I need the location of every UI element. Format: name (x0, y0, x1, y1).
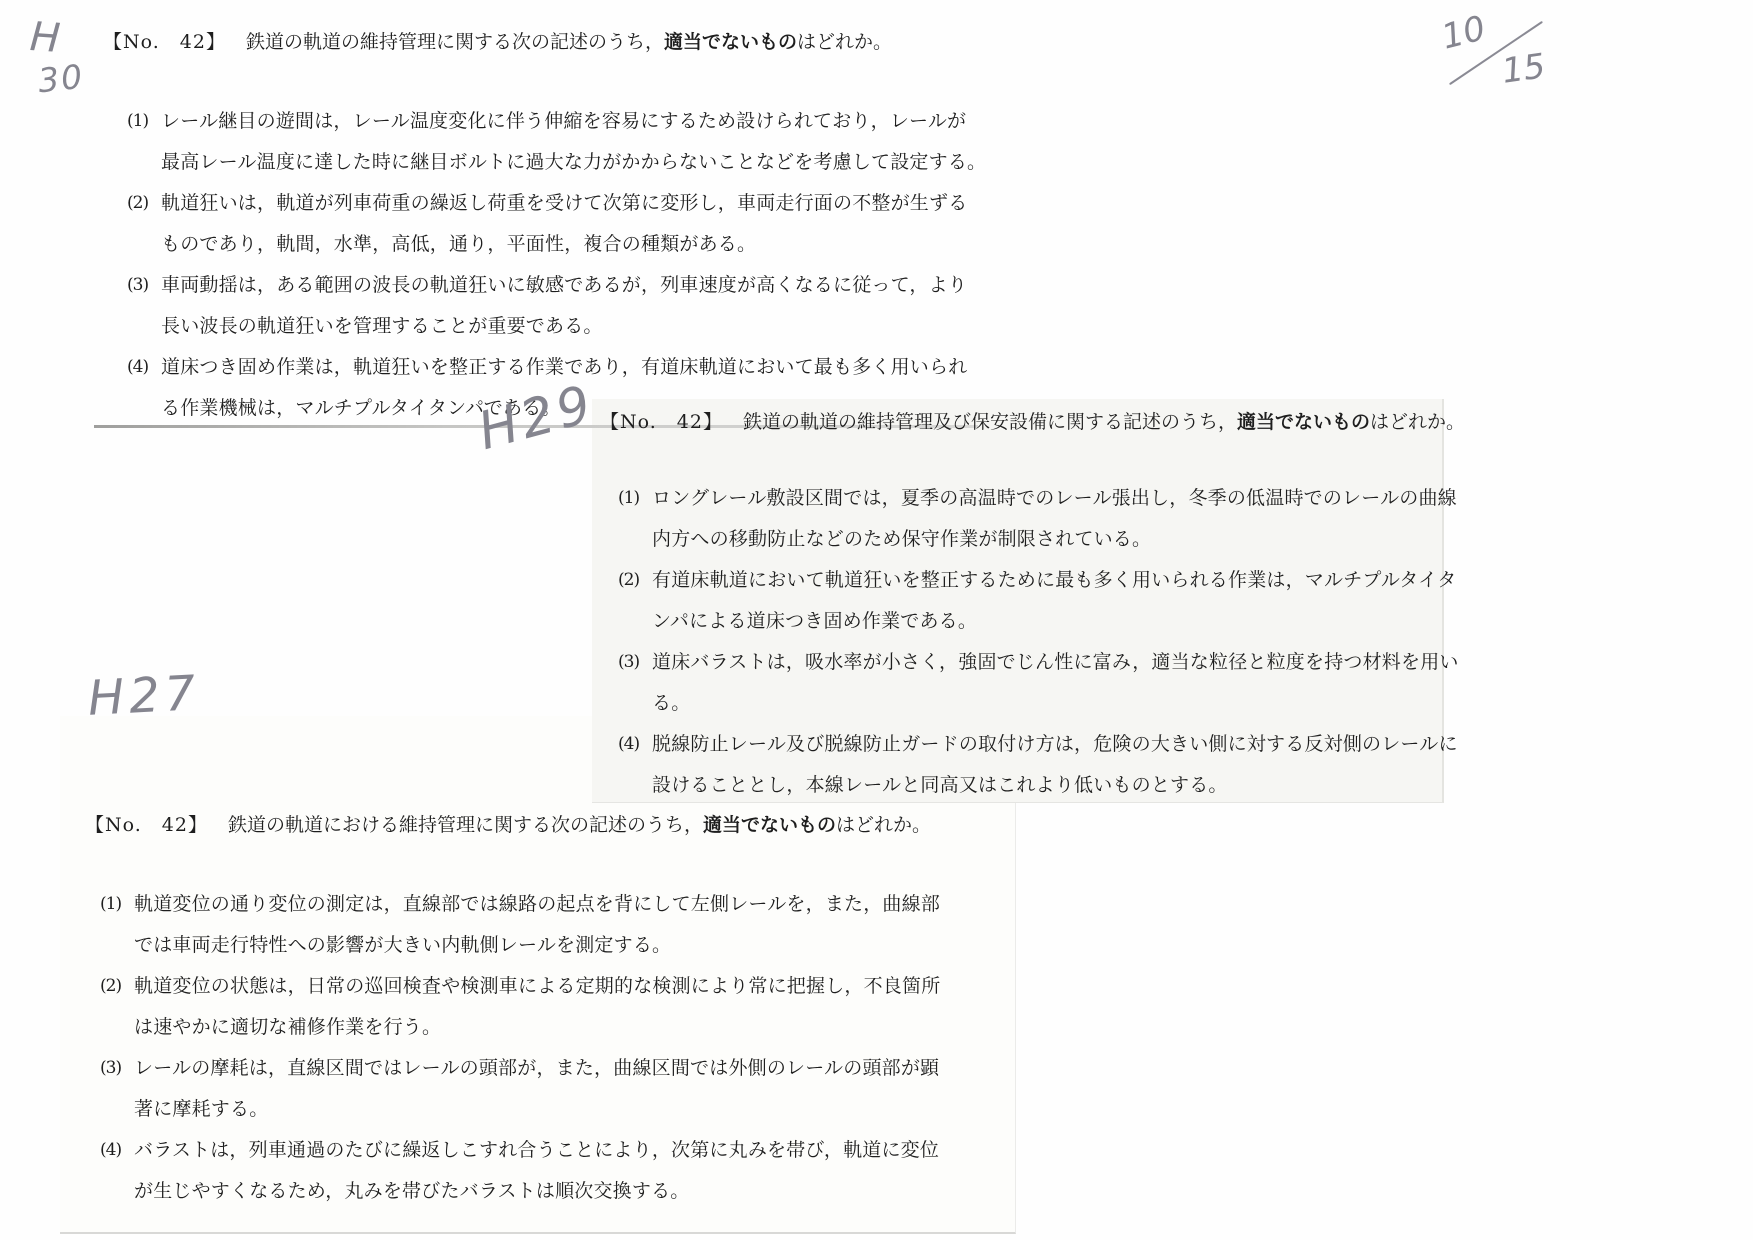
question-stem: 鉄道の軌道における維持管理に関する次の記述のうち，適当でないものはどれか。 (228, 814, 931, 836)
option-line: 内方への移動防止などのため保守作業が制限されている。 (652, 519, 1457, 560)
question-header: 【No. 42】 鉄道の軌道の維持管理及び保安設備に関する記述のうち，適当でない… (600, 407, 1450, 437)
option-row: (3) 車両動揺は，ある範囲の波長の軌道狂いに敏感であるが，列車速度が高くなるに… (103, 265, 983, 347)
option-row: (1) レール継目の遊間は，レール温度変化に伴う伸縮を容易にするため設けられてお… (103, 101, 983, 183)
stem-bold-text: 適当でないもの (1237, 411, 1370, 433)
option-line: レール継目の遊間は，レール温度変化に伴う伸縮を容易にするため設けられており，レー… (161, 101, 986, 142)
options-list: (1) ロングレール敷設区間では，夏季の高温時でのレール張出し，冬季の低温時での… (600, 478, 1450, 806)
option-number: (4) (127, 347, 161, 388)
option-number: (2) (127, 183, 161, 224)
options-list: (1) レール継目の遊間は，レール温度変化に伴う伸縮を容易にするため設けられてお… (103, 101, 983, 429)
options-list: (1) 軌道変位の通り変位の測定は，直線部では線路の起点を背にして左側レールを，… (85, 884, 1015, 1212)
handwritten-note-h30-letter: H (29, 17, 62, 59)
option-line: は速やかに適切な補修作業を行う。 (134, 1007, 940, 1048)
option-line: 最高レール温度に達した時に継目ボルトに過大な力がかからないことなどを考慮して設定… (161, 142, 986, 183)
question-number: 【No. 42】 (600, 411, 723, 433)
option-row: (1) ロングレール敷設区間では，夏季の高温時でのレール張出し，冬季の低温時での… (600, 478, 1450, 560)
option-row: (4) バラストは，列車通過のたびに繰返しこすれ合うことにより，次第に丸みを帯び… (85, 1130, 1015, 1212)
scanned-exam-page: 【No. 42】 鉄道の軌道の維持管理に関する次の記述のうち，適当でないものはど… (0, 0, 1753, 1240)
option-text: 道床バラストは，吸水率が小さく，強固でじん性に富み，適当な粒径と粒度を持つ材料を… (652, 642, 1459, 724)
option-text: 車両動揺は，ある範囲の波長の軌道狂いに敏感であるが，列車速度が高くなるに従って，… (161, 265, 967, 347)
option-line: 軌道変位の状態は，日常の巡回検査や検測車による定期的な検測により常に把握し，不良… (134, 966, 940, 1007)
option-text: レールの摩耗は，直線区間ではレールの頭部が，また，曲線区間では外側のレールの頭部… (134, 1048, 939, 1130)
option-line: 有道床軌道において軌道狂いを整正するために最も多く用いられる作業は，マルチプルタ… (652, 560, 1457, 601)
option-line: が生じやすくなるため，丸みを帯びたバラストは順次交換する。 (134, 1171, 939, 1212)
option-number: (4) (100, 1130, 134, 1171)
stem-text: 鉄道の軌道の維持管理及び保安設備に関する記述のうち， (743, 411, 1237, 433)
stem-bold-text: 適当でないもの (703, 814, 836, 836)
stem-text: はどれか。 (1370, 411, 1465, 433)
option-row: (2) 軌道変位の状態は，日常の巡回検査や検測車による定期的な検測により常に把握… (85, 966, 1015, 1048)
option-line: 道床バラストは，吸水率が小さく，強固でじん性に富み，適当な粒径と粒度を持つ材料を… (652, 642, 1459, 683)
option-row: (1) 軌道変位の通り変位の測定は，直線部では線路の起点を背にして左側レールを，… (85, 884, 1015, 966)
option-text: レール継目の遊間は，レール温度変化に伴う伸縮を容易にするため設けられており，レー… (161, 101, 986, 183)
option-line: 著に摩耗する。 (134, 1089, 939, 1130)
question-stem: 鉄道の軌道の維持管理に関する次の記述のうち，適当でないものはどれか。 (246, 31, 892, 53)
stem-bold-text: 適当でないもの (664, 31, 797, 53)
option-line: 軌道変位の通り変位の測定は，直線部では線路の起点を背にして左側レールを，また，曲… (134, 884, 940, 925)
option-row: (3) レールの摩耗は，直線区間ではレールの頭部が，また，曲線区間では外側のレー… (85, 1048, 1015, 1130)
option-text: 脱線防止レール及び脱線防止ガードの取付け方は，危険の大きい側に対する反対側のレー… (652, 724, 1458, 806)
option-line: る。 (652, 683, 1459, 724)
option-row: (2) 軌道狂いは，軌道が列車荷重の繰返し荷重を受けて次第に変形し，車両走行面の… (103, 183, 983, 265)
option-line: レールの摩耗は，直線区間ではレールの頭部が，また，曲線区間では外側のレールの頭部… (134, 1048, 939, 1089)
option-text: バラストは，列車通過のたびに繰返しこすれ合うことにより，次第に丸みを帯び，軌道に… (134, 1130, 939, 1212)
option-number: (1) (127, 101, 161, 142)
option-number: (3) (618, 642, 652, 683)
option-number: (2) (618, 560, 652, 601)
question-stem: 鉄道の軌道の維持管理及び保安設備に関する記述のうち，適当でないものはどれか。 (743, 411, 1465, 433)
option-row: (3) 道床バラストは，吸水率が小さく，強固でじん性に富み，適当な粒径と粒度を持… (600, 642, 1450, 724)
option-number: (3) (127, 265, 161, 306)
option-number: (2) (100, 966, 134, 1007)
handwritten-note-h27: H27 (87, 669, 202, 723)
option-text: 軌道変位の状態は，日常の巡回検査や検測車による定期的な検測により常に把握し，不良… (134, 966, 940, 1048)
handwritten-score: 10 15 (1438, 10, 1554, 96)
option-text: 軌道狂いは，軌道が列車荷重の繰返し荷重を受けて次第に変形し，車両走行面の不整が生… (161, 183, 967, 265)
option-number: (1) (100, 884, 134, 925)
question-block-h30: 【No. 42】 鉄道の軌道の維持管理に関する次の記述のうち，適当でないものはど… (103, 27, 983, 429)
option-line: バラストは，列車通過のたびに繰返しこすれ合うことにより，次第に丸みを帯び，軌道に… (134, 1130, 939, 1171)
option-row: (4) 脱線防止レール及び脱線防止ガードの取付け方は，危険の大きい側に対する反対… (600, 724, 1450, 806)
handwritten-note-h30-number: 30 (36, 60, 85, 98)
option-line: 車両動揺は，ある範囲の波長の軌道狂いに敏感であるが，列車速度が高くなるに従って，… (161, 265, 967, 306)
option-number: (4) (618, 724, 652, 765)
stem-text: はどれか。 (797, 31, 892, 53)
option-line: では車両走行特性への影響が大きい内軌側レールを測定する。 (134, 925, 940, 966)
stem-text: 鉄道の軌道における維持管理に関する次の記述のうち， (228, 814, 703, 836)
question-number: 【No. 42】 (103, 31, 226, 53)
option-row: (2) 有道床軌道において軌道狂いを整正するために最も多く用いられる作業は，マル… (600, 560, 1450, 642)
option-line: 脱線防止レール及び脱線防止ガードの取付け方は，危険の大きい側に対する反対側のレー… (652, 724, 1458, 765)
score-numerator: 10 (1439, 11, 1489, 54)
option-text: 軌道変位の通り変位の測定は，直線部では線路の起点を背にして左側レールを，また，曲… (134, 884, 940, 966)
score-denominator: 15 (1500, 49, 1548, 89)
option-text: ロングレール敷設区間では，夏季の高温時でのレール張出し，冬季の低温時でのレールの… (652, 478, 1457, 560)
stem-text: 鉄道の軌道の維持管理に関する次の記述のうち， (246, 31, 664, 53)
option-number: (1) (618, 478, 652, 519)
option-line: 軌道狂いは，軌道が列車荷重の繰返し荷重を受けて次第に変形し，車両走行面の不整が生… (161, 183, 967, 224)
option-line: ンパによる道床つき固め作業である。 (652, 601, 1457, 642)
option-line: ものであり，軌間，水準，高低，通り，平面性，複合の種類がある。 (161, 224, 967, 265)
option-line: 設けることとし，本線レールと同高又はこれより低いものとする。 (652, 765, 1458, 806)
question-block-h29: 【No. 42】 鉄道の軌道の維持管理及び保安設備に関する記述のうち，適当でない… (600, 407, 1450, 806)
stem-text: はどれか。 (836, 814, 931, 836)
question-header: 【No. 42】 鉄道の軌道の維持管理に関する次の記述のうち，適当でないものはど… (103, 27, 983, 57)
question-number: 【No. 42】 (85, 814, 208, 836)
option-line: 長い波長の軌道狂いを管理することが重要である。 (161, 306, 967, 347)
option-line: ロングレール敷設区間では，夏季の高温時でのレール張出し，冬季の低温時でのレールの… (652, 478, 1457, 519)
question-header: 【No. 42】 鉄道の軌道における維持管理に関する次の記述のうち，適当でないも… (85, 810, 1015, 840)
option-text: 有道床軌道において軌道狂いを整正するために最も多く用いられる作業は，マルチプルタ… (652, 560, 1457, 642)
question-block-h27: 【No. 42】 鉄道の軌道における維持管理に関する次の記述のうち，適当でないも… (85, 810, 1015, 1212)
option-number: (3) (100, 1048, 134, 1089)
